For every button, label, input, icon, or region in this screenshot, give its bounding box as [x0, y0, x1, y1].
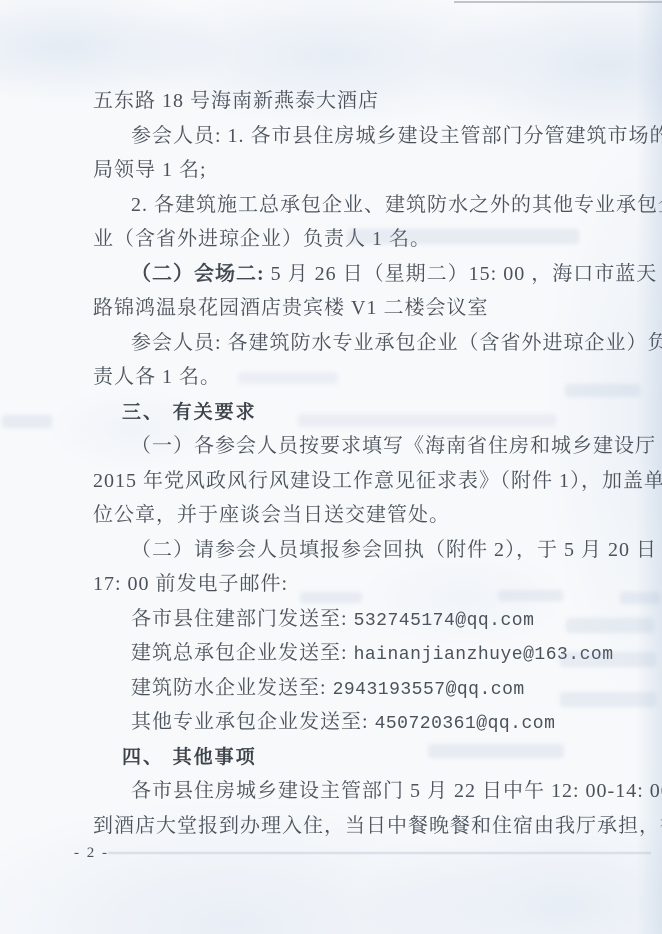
body-text: 450720361@qq.com	[375, 714, 556, 734]
body-text: 建筑总承包企业发送至:	[131, 642, 354, 664]
bleedthrough-artifact	[300, 592, 362, 603]
bleedthrough-artifact	[298, 414, 556, 427]
bleedthrough-artifact	[566, 618, 654, 633]
text-line: 各市县住建部门发送至: 532745174@qq.com	[93, 602, 633, 637]
text-line: 到酒店大堂报到办理入住，当日中餐晚餐和住宿由我厅承担，往	[93, 809, 633, 844]
heading-text: 四、 其他事项	[122, 746, 257, 768]
body-text: 2. 各建筑施工总承包企业、建筑防水之外的其他专业承包企	[131, 194, 662, 216]
text-line: 建筑总承包企业发送至: hainanjianzhuye@163.com	[93, 636, 633, 671]
body-text: 17: 00 前发电子邮件:	[93, 573, 288, 595]
body-text: 局领导 1 名;	[93, 159, 207, 181]
body-text: 到酒店大堂报到办理入住，当日中餐晚餐和住宿由我厅承担，往	[93, 815, 662, 837]
bleedthrough-artifact	[347, 229, 579, 244]
body-text: 位公章，并于座谈会当日送交建管处。	[93, 504, 450, 526]
document-body: 五东路 18 号海南新燕泰大酒店参会人员: 1. 各市县住房城乡建设主管部门分管…	[93, 84, 633, 843]
bleedthrough-artifact	[498, 590, 563, 601]
body-text: 参会人员: 1. 各市县住房城乡建设主管部门分管建筑市场的	[131, 125, 662, 147]
heading-text: 三、 有关要求	[122, 401, 257, 423]
text-line: 五东路 18 号海南新燕泰大酒店	[93, 84, 633, 119]
text-line: 局领导 1 名;	[93, 153, 633, 188]
text-line: （二）会场二: 5 月 26 日（星期二）15: 00 ，海口市蓝天	[93, 257, 633, 292]
text-line: 参会人员: 1. 各市县住房城乡建设主管部门分管建筑市场的	[93, 119, 633, 154]
bleedthrough-artifact	[560, 652, 656, 667]
bleedthrough-artifact	[565, 384, 640, 397]
text-line: 路锦鸿温泉花园酒店贵宾楼 V1 二楼会议室	[93, 291, 633, 326]
scan-edge-line	[454, 1, 662, 3]
scanned-page: 五东路 18 号海南新燕泰大酒店参会人员: 1. 各市县住房城乡建设主管部门分管…	[0, 0, 662, 934]
text-line: 其他专业承包企业发送至: 450720361@qq.com	[93, 705, 633, 740]
text-line: 参会人员: 各建筑防水专业承包企业（含省外进琼企业）负	[93, 326, 633, 361]
body-text: 各市县住建部门发送至:	[131, 608, 354, 630]
body-text: 建筑防水企业发送至:	[131, 677, 333, 699]
body-text: 路锦鸿温泉花园酒店贵宾楼 V1 二楼会议室	[93, 297, 488, 319]
bleedthrough-artifact	[560, 692, 656, 707]
body-text: （二）会场二:	[131, 263, 271, 285]
bleedthrough-artifact	[428, 744, 564, 758]
page-number: - 2 -	[74, 845, 109, 862]
text-line: （二）请参会人员填报参会回执（附件 2），于 5 月 20 日	[93, 533, 633, 568]
body-text: 其他专业承包企业发送至:	[131, 711, 375, 733]
body-text: （二）请参会人员填报参会回执（附件 2），于 5 月 20 日	[131, 539, 657, 561]
body-text: 参会人员: 各建筑防水专业承包企业（含省外进琼企业）负	[131, 332, 662, 354]
bleedthrough-artifact	[2, 415, 52, 428]
body-text: 责人各 1 名。	[93, 366, 221, 388]
text-line: 各市县住房城乡建设主管部门 5 月 22 日中午 12: 00-14: 00	[93, 774, 633, 809]
body-text: 五东路 18 号海南新燕泰大酒店	[93, 90, 379, 112]
text-line: 位公章，并于座谈会当日送交建管处。	[93, 498, 633, 533]
bleedthrough-line	[108, 852, 651, 854]
text-line: （一）各参会人员按要求填写《海南省住房和城乡建设厅	[93, 429, 633, 464]
text-line: 建筑防水企业发送至: 2943193557@qq.com	[93, 671, 633, 706]
bleedthrough-artifact	[620, 592, 660, 604]
body-text: （一）各参会人员按要求填写《海南省住房和城乡建设厅	[131, 435, 656, 457]
text-line: 2. 各建筑施工总承包企业、建筑防水之外的其他专业承包企	[93, 188, 633, 223]
bleedthrough-artifact	[238, 372, 338, 384]
body-text: 2015 年党风政风行风建设工作意见征求表》（附件 1），加盖单	[93, 470, 662, 492]
text-line: 2015 年党风政风行风建设工作意见征求表》（附件 1），加盖单	[93, 464, 633, 499]
body-text: 2943193557@qq.com	[333, 680, 525, 700]
body-text: 各市县住房城乡建设主管部门 5 月 22 日中午 12: 00-14: 00	[131, 780, 662, 802]
body-text: 5 月 26 日（星期二）15: 00 ，海口市蓝天	[271, 263, 658, 285]
body-text: 532745174@qq.com	[354, 611, 535, 631]
text-line: 责人各 1 名。	[93, 360, 633, 395]
